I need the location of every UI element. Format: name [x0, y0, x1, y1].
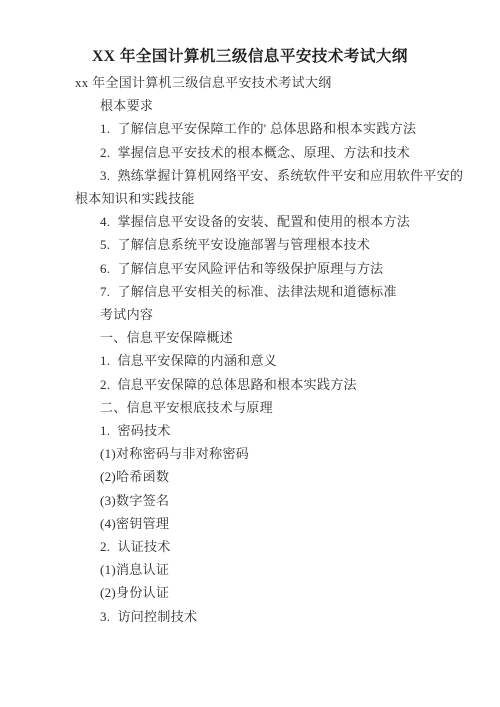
list-item: 6. 了解信息平安风险评估和等级保护原理与方法: [75, 257, 470, 280]
list-item: 1. 信息平安保障的内涵和意义: [75, 349, 470, 372]
list-item: 2. 掌握信息平安技术的根本概念、原理、方法和技术: [75, 141, 470, 164]
sub-item: (2)身份认证: [75, 581, 470, 604]
list-item: 2. 信息平安保障的总体思路和根本实践方法: [75, 373, 470, 396]
section-heading: 二、信息平安根底技术与原理: [75, 396, 470, 419]
list-item: 1. 了解信息平安保障工作的' 总体思路和根本实践方法: [75, 117, 470, 140]
section-label: 考试内容: [75, 303, 470, 326]
section-heading: 一、信息平安保障概述: [75, 326, 470, 349]
document-page: XX 年全国计算机三级信息平安技术考试大纲 xx 年全国计算机三级信息平安技术考…: [0, 0, 500, 707]
sub-item: (2)哈希函数: [75, 465, 470, 488]
list-item: 3. 熟练掌握计算机网络平安、系统软件平安和应用软件平安的: [75, 164, 470, 187]
list-item: 7. 了解信息平安相关的标准、法律法规和道德标准: [75, 280, 470, 303]
document-body: xx 年全国计算机三级信息平安技术考试大纲 根本要求 1. 了解信息平安保障工作…: [75, 71, 470, 628]
document-subtitle: xx 年全国计算机三级信息平安技术考试大纲: [75, 71, 470, 94]
list-item: 5. 了解信息系统平安设施部署与管理根本技术: [75, 233, 470, 256]
list-item: 4. 掌握信息平安设备的安装、配置和使用的根本方法: [75, 210, 470, 233]
sub-item: (1)消息认证: [75, 558, 470, 581]
document-title: XX 年全国计算机三级信息平安技术考试大纲: [0, 44, 500, 66]
list-item: 2. 认证技术: [75, 535, 470, 558]
sub-item: (1)对称密码与非对称密码: [75, 442, 470, 465]
list-item: 3. 访问控制技术: [75, 605, 470, 628]
continuation-line: 根本知识和实践技能: [75, 187, 470, 210]
list-item: 1. 密码技术: [75, 419, 470, 442]
section-label: 根本要求: [75, 94, 470, 117]
sub-item: (3)数字签名: [75, 489, 470, 512]
sub-item: (4)密钥管理: [75, 512, 470, 535]
